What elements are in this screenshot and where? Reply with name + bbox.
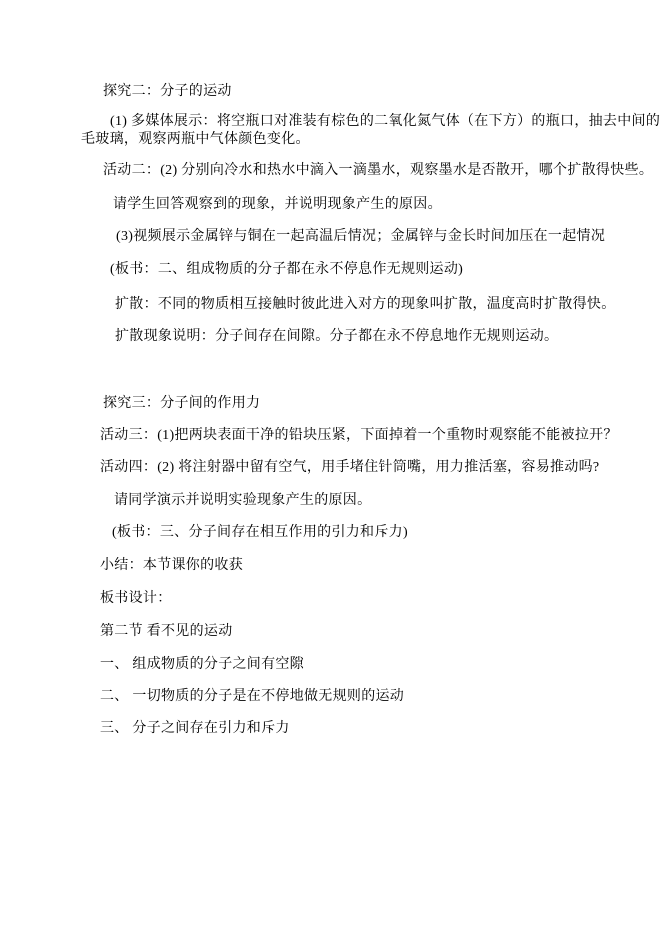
text-line: (板书：三、分子间存在相互作用的引力和斥力) bbox=[112, 524, 408, 542]
text-line: 二、 一切物质的分子是在不停地做无规则的运动 bbox=[100, 688, 404, 706]
text-line: 活动三：(1)把两块表面干净的铅块压紧，下面掉着一个重物时观察能不能被拉开？ bbox=[100, 427, 618, 445]
text-line: (3)视频展示金属锌与铜在一起高温后情况；金属锌与金长时间加压在一起情况 bbox=[116, 228, 605, 246]
text-line: 活动四：(2) 将注射器中留有空气，用手堵住针筒嘴，用力推活塞，容易推动吗? bbox=[100, 459, 599, 477]
text-line: 小结：本节课你的收获 bbox=[100, 557, 243, 575]
text-line: 探究三：分子间的作用力 bbox=[103, 395, 260, 413]
document-page: 探究二：分子的运动(1) 多媒体展示：将空瓶口对准装有棕色的二氧化氮气体（在下方… bbox=[0, 0, 661, 935]
text-line: (板书：二、组成物质的分子都在永不停息作无规则运动) bbox=[110, 261, 463, 279]
text-line: 一、 组成物质的分子之间有空隙 bbox=[100, 656, 304, 674]
text-line: (1) 多媒体展示：将空瓶口对准装有棕色的二氧化氮气体（在下方）的瓶口，抽去中间… bbox=[110, 113, 660, 131]
text-line: 扩散现象说明：分子间存在间隙。分子都在永不停息地作无规则运动。 bbox=[115, 328, 558, 346]
text-line: 请学生回答观察到的现象，并说明现象产生的原因。 bbox=[113, 196, 442, 214]
text-line: 三、 分子之间存在引力和斥力 bbox=[100, 720, 290, 738]
text-line: 请同学演示并说明实验现象产生的原因。 bbox=[114, 492, 371, 510]
text-line: 扩散：不同的物质相互接触时彼此进入对方的现象叫扩散，温度高时扩散得快。 bbox=[115, 296, 616, 314]
text-line: 探究二：分子的运动 bbox=[103, 83, 232, 101]
text-line: 活动二：(2) 分别向冷水和热水中滴入一滴墨水，观察墨水是否散开，哪个扩散得快些… bbox=[103, 162, 653, 180]
text-line: 板书设计： bbox=[100, 590, 172, 608]
text-line: 毛玻璃，观察两瓶中气体颜色变化。 bbox=[81, 131, 310, 149]
text-line: 第二节 看不见的运动 bbox=[100, 623, 233, 641]
